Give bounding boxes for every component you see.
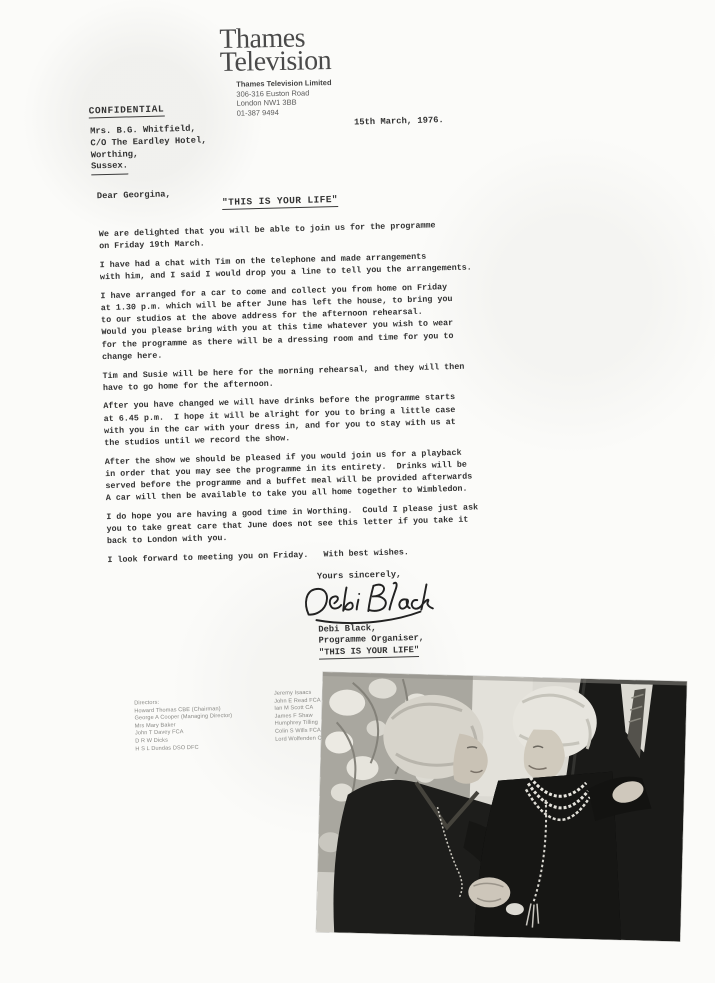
recipient-line: Worthing, xyxy=(91,147,207,162)
letter-paragraph: I look forward to meeting you on Friday.… xyxy=(107,544,493,566)
photograph xyxy=(316,672,687,941)
letter-date: 15th March, 1976. xyxy=(354,115,444,127)
letter-page: Thames Television Thames Television Limi… xyxy=(0,0,715,983)
salutation: Dear Georgina, xyxy=(97,189,171,201)
recipient-address: Mrs. B.G. Whitfield, C/O The Eardley Hot… xyxy=(90,123,207,175)
letter-body: We are delighted that you will be able t… xyxy=(99,218,494,573)
letter-line: I look forward to meeting you on Friday.… xyxy=(107,544,493,566)
directors-names-1: Howard Thomas CBE (Chairman)George A Coo… xyxy=(134,705,265,754)
letter-paragraph: I do hope you are having a good time in … xyxy=(106,501,493,548)
letter-paragraph: I have arranged for a car to come and co… xyxy=(100,280,488,363)
signature-block: Debi Black, Programme Organiser, "THIS I… xyxy=(318,622,424,660)
sender-programme: "THIS IS YOUR LIFE" xyxy=(319,645,420,660)
letter-paragraph: After the show we should be pleased if y… xyxy=(105,446,492,505)
letter-paragraph: We are delighted that you will be able t… xyxy=(99,218,486,253)
letter-paragraph: After you have changed we will have drin… xyxy=(103,391,490,450)
subject-line: "THIS IS YOUR LIFE" xyxy=(222,194,338,210)
letter-paragraph: I have had a chat with Tim on the teleph… xyxy=(100,249,487,284)
photo-two-women xyxy=(316,672,687,941)
recipient-line-underlined: Sussex. xyxy=(91,161,128,175)
letter-paragraph: Tim and Susie will be here for the morni… xyxy=(102,360,489,395)
directors-column-1: Directors: Howard Thomas CBE (Chairman)G… xyxy=(134,697,265,754)
confidential-stamp: CONFIDENTIAL xyxy=(88,103,164,118)
